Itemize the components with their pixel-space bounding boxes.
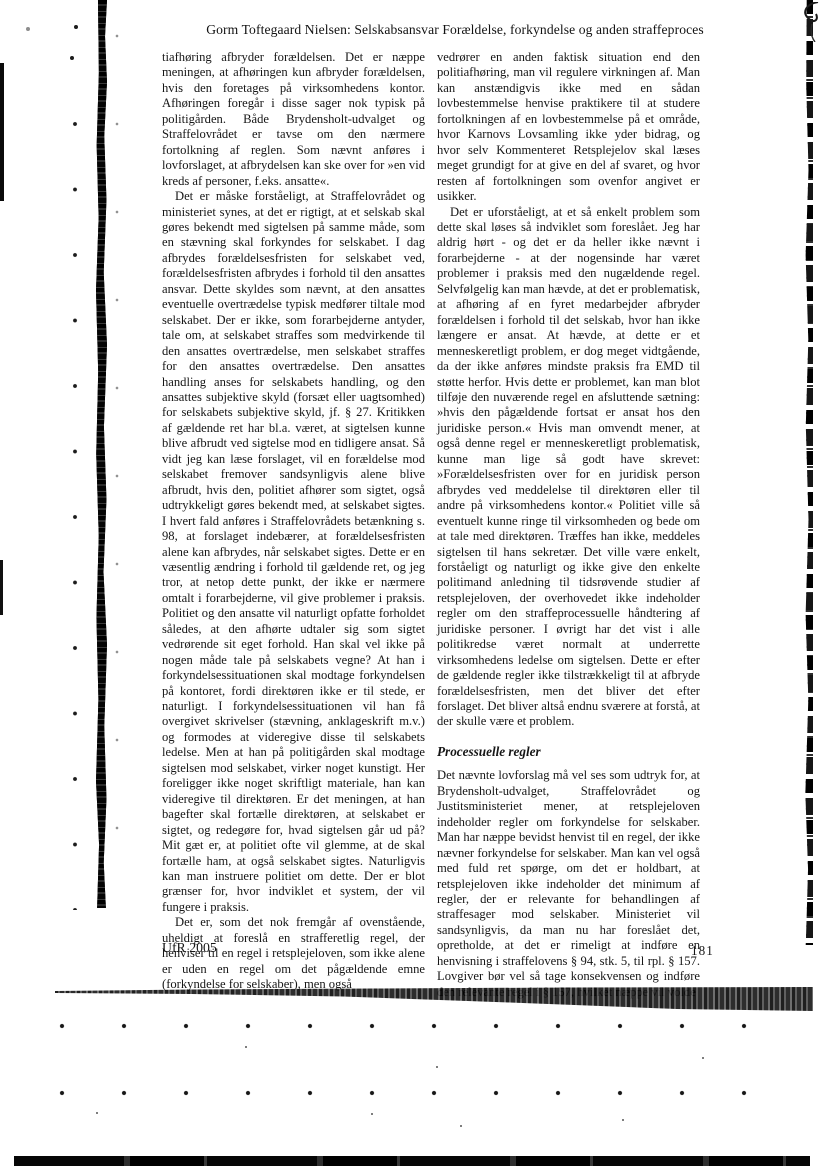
scan-left-edge-mark-lower: [0, 560, 3, 615]
speck: [460, 1125, 462, 1127]
speck: [622, 1119, 624, 1121]
perforation-dot-row: [58, 1022, 800, 1030]
margin-dot: [70, 56, 74, 60]
speck: [371, 1113, 373, 1115]
right-column: vedrører en anden faktisk situation end …: [437, 50, 700, 1000]
paragraph: Det er uforståeligt, at et så enkelt pro…: [437, 205, 700, 730]
scan-bottom-bar: [14, 1156, 810, 1166]
perforation-dot-row: [58, 1089, 800, 1097]
scan-gutter-specks: [112, 30, 128, 880]
speck: [436, 1066, 438, 1068]
paragraph: tiafhøring afbryder forældelsen. Det er …: [162, 50, 425, 189]
margin-dot: [74, 25, 78, 29]
speck: [245, 1046, 247, 1048]
paragraph: Det nævnte lovforslag må vel ses som udt…: [437, 768, 700, 1000]
speck: [702, 1057, 704, 1059]
scanned-journal-page: Gorm Toftegaard Nielsen: Selskabsansvar …: [0, 0, 824, 1169]
paragraph: Det er måske forståeligt, at Straffelovr…: [162, 189, 425, 915]
footer-page-number: 181: [691, 943, 714, 959]
scan-left-edge-mark: [0, 63, 4, 201]
section-heading: Processuelle regler: [437, 744, 700, 759]
scan-gutter-shadow: [96, 0, 107, 908]
margin-dot: [26, 27, 30, 31]
page-curl-mark: [788, 2, 822, 42]
scan-right-edge-shadow: [804, 0, 813, 945]
running-header: Gorm Toftegaard Nielsen: Selskabsansvar …: [170, 22, 740, 38]
paragraph: vedrører en anden faktisk situation end …: [437, 50, 700, 205]
footer-journal-label: UfR 2005: [162, 940, 217, 956]
margin-dot-column: [71, 120, 79, 910]
speck: [96, 1112, 98, 1114]
article-body: tiafhøring afbryder forældelsen. Det er …: [162, 50, 700, 1000]
left-column: tiafhøring afbryder forældelsen. Det er …: [162, 50, 425, 1000]
